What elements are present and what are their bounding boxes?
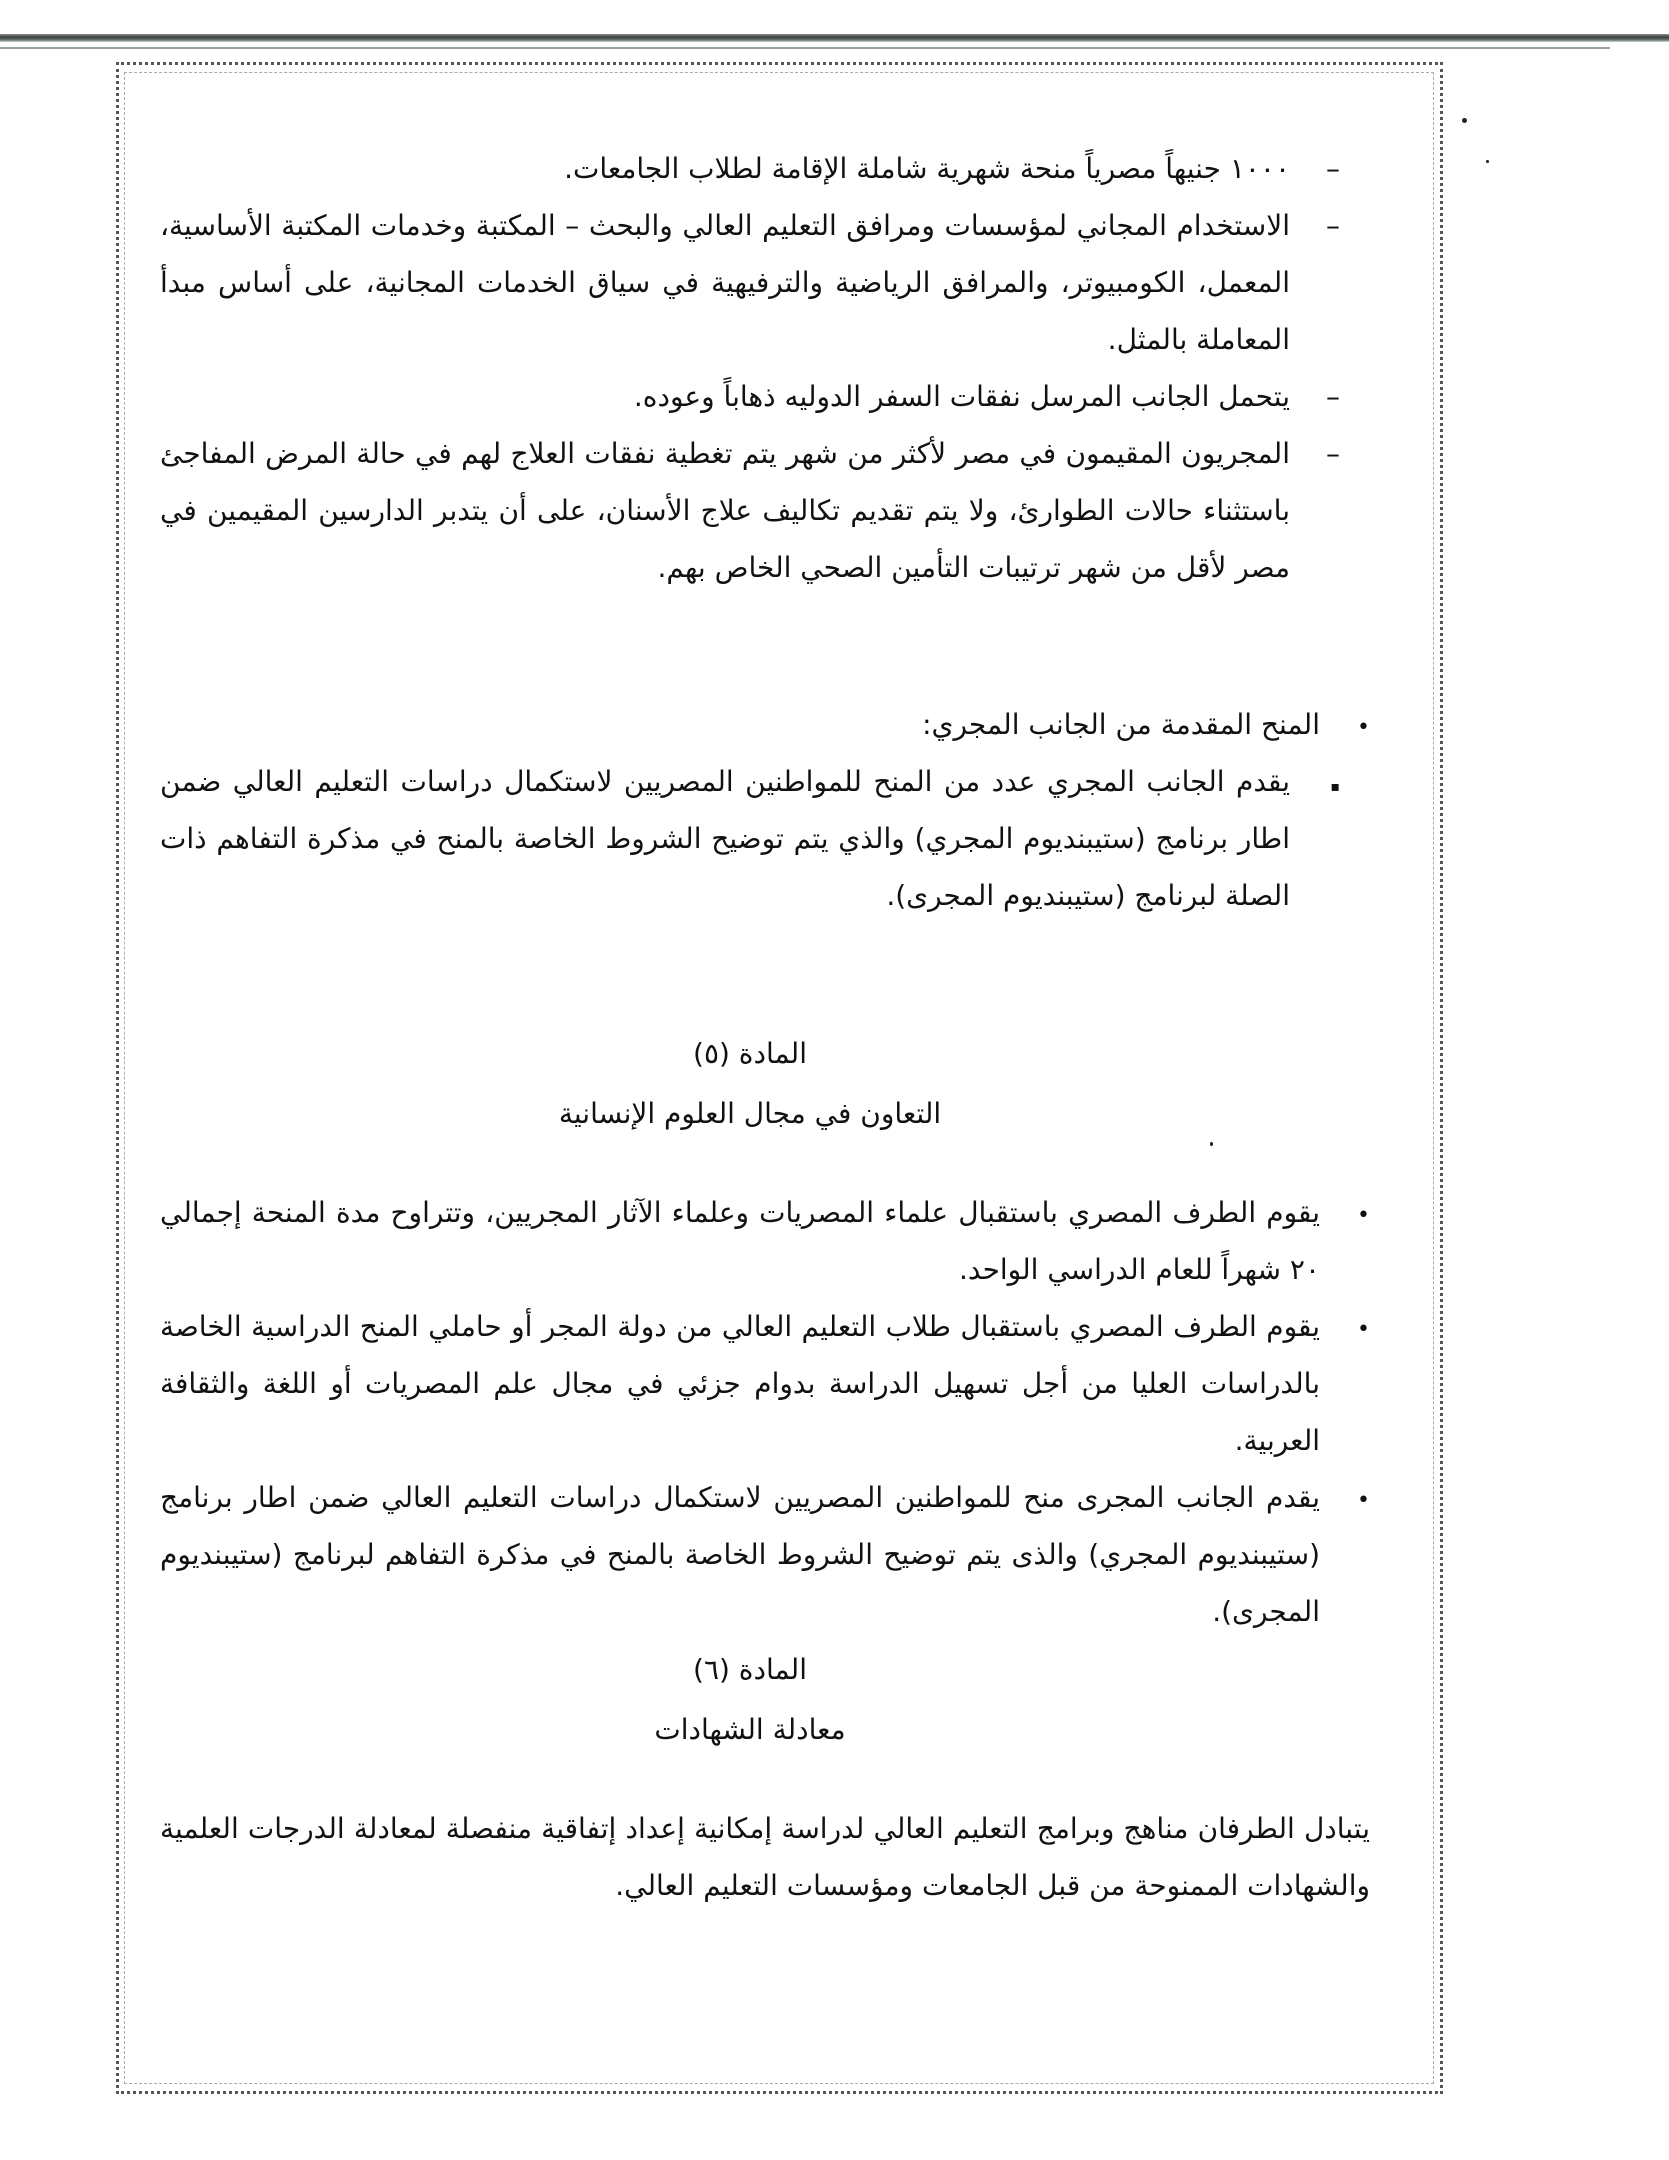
bullet-icon [1330,1469,1370,1529]
list-item-text: يتحمل الجانب المرسل نفقات السفر الدوليه … [634,380,1290,413]
list-item: يقوم الطرف المصري باستقبال طلاب التعليم … [160,1298,1370,1469]
article-6-paragraph: يتبادل الطرفان مناهج وبرامج التعليم العا… [160,1800,1370,1914]
bullet-icon [1330,1184,1370,1244]
list-item: يقدم الجانب المجري عدد من المنح للمواطني… [160,753,1340,924]
scan-speck [1462,118,1467,123]
list-item: يتحمل الجانب المرسل نفقات السفر الدوليه … [160,368,1340,425]
dash-bullet-icon [1300,140,1340,197]
list-item-text: المجريون المقيمون في مصر لأكثر من شهر يت… [160,437,1290,584]
bullet-icon [1330,696,1370,756]
list-item-text: يقدم الجانب المجري عدد من المنح للمواطني… [160,765,1290,912]
list-item: يقدم الجانب المجرى منح للمواطنين المصريي… [160,1469,1370,1640]
list-item: ١٠٠٠ جنيهاً مصرياً منحة شهرية شاملة الإق… [160,140,1340,197]
article-6-title: معادلة الشهادات [160,1700,1340,1760]
list-item-text: ١٠٠٠ جنيهاً مصرياً منحة شهرية شاملة الإق… [564,152,1290,185]
spacer [160,1144,1340,1184]
list-item-text: يقوم الطرف المصري باستقبال طلاب التعليم … [160,1310,1320,1457]
document-page: ١٠٠٠ جنيهاً مصرياً منحة شهرية شاملة الإق… [160,140,1340,1914]
dash-bullet-icon [1300,368,1340,425]
article-5-number: المادة (٥) [160,1024,1340,1084]
scanner-edge-bar [0,34,1669,42]
spacer [160,1760,1340,1800]
spacer [160,596,1340,696]
heading-text: المنح المقدمة من الجانب المجري: [922,708,1320,741]
list-item-text: يقوم الطرف المصري باستقبال علماء المصريا… [160,1196,1320,1286]
section-heading-hungarian-scholarships: المنح المقدمة من الجانب المجري: [160,696,1370,753]
scanner-edge-line [0,47,1610,49]
article-5-title: التعاون في مجال العلوم الإنسانية [160,1084,1340,1144]
list-item: الاستخدام المجاني لمؤسسات ومرافق التعليم… [160,197,1340,368]
list-item: يقوم الطرف المصري باستقبال علماء المصريا… [160,1184,1370,1298]
spacer [160,924,1340,1024]
bullet-icon [1330,1298,1370,1358]
list-item: المجريون المقيمون في مصر لأكثر من شهر يت… [160,425,1340,596]
list-item-text: يقدم الجانب المجرى منح للمواطنين المصريي… [160,1481,1320,1628]
article-6-number: المادة (٦) [160,1640,1340,1700]
scan-speck [1486,160,1489,163]
list-item-text: الاستخدام المجاني لمؤسسات ومرافق التعليم… [160,209,1290,356]
dash-bullet-icon [1300,197,1340,254]
square-bullet-icon [1300,753,1340,816]
dash-bullet-icon [1300,425,1340,482]
